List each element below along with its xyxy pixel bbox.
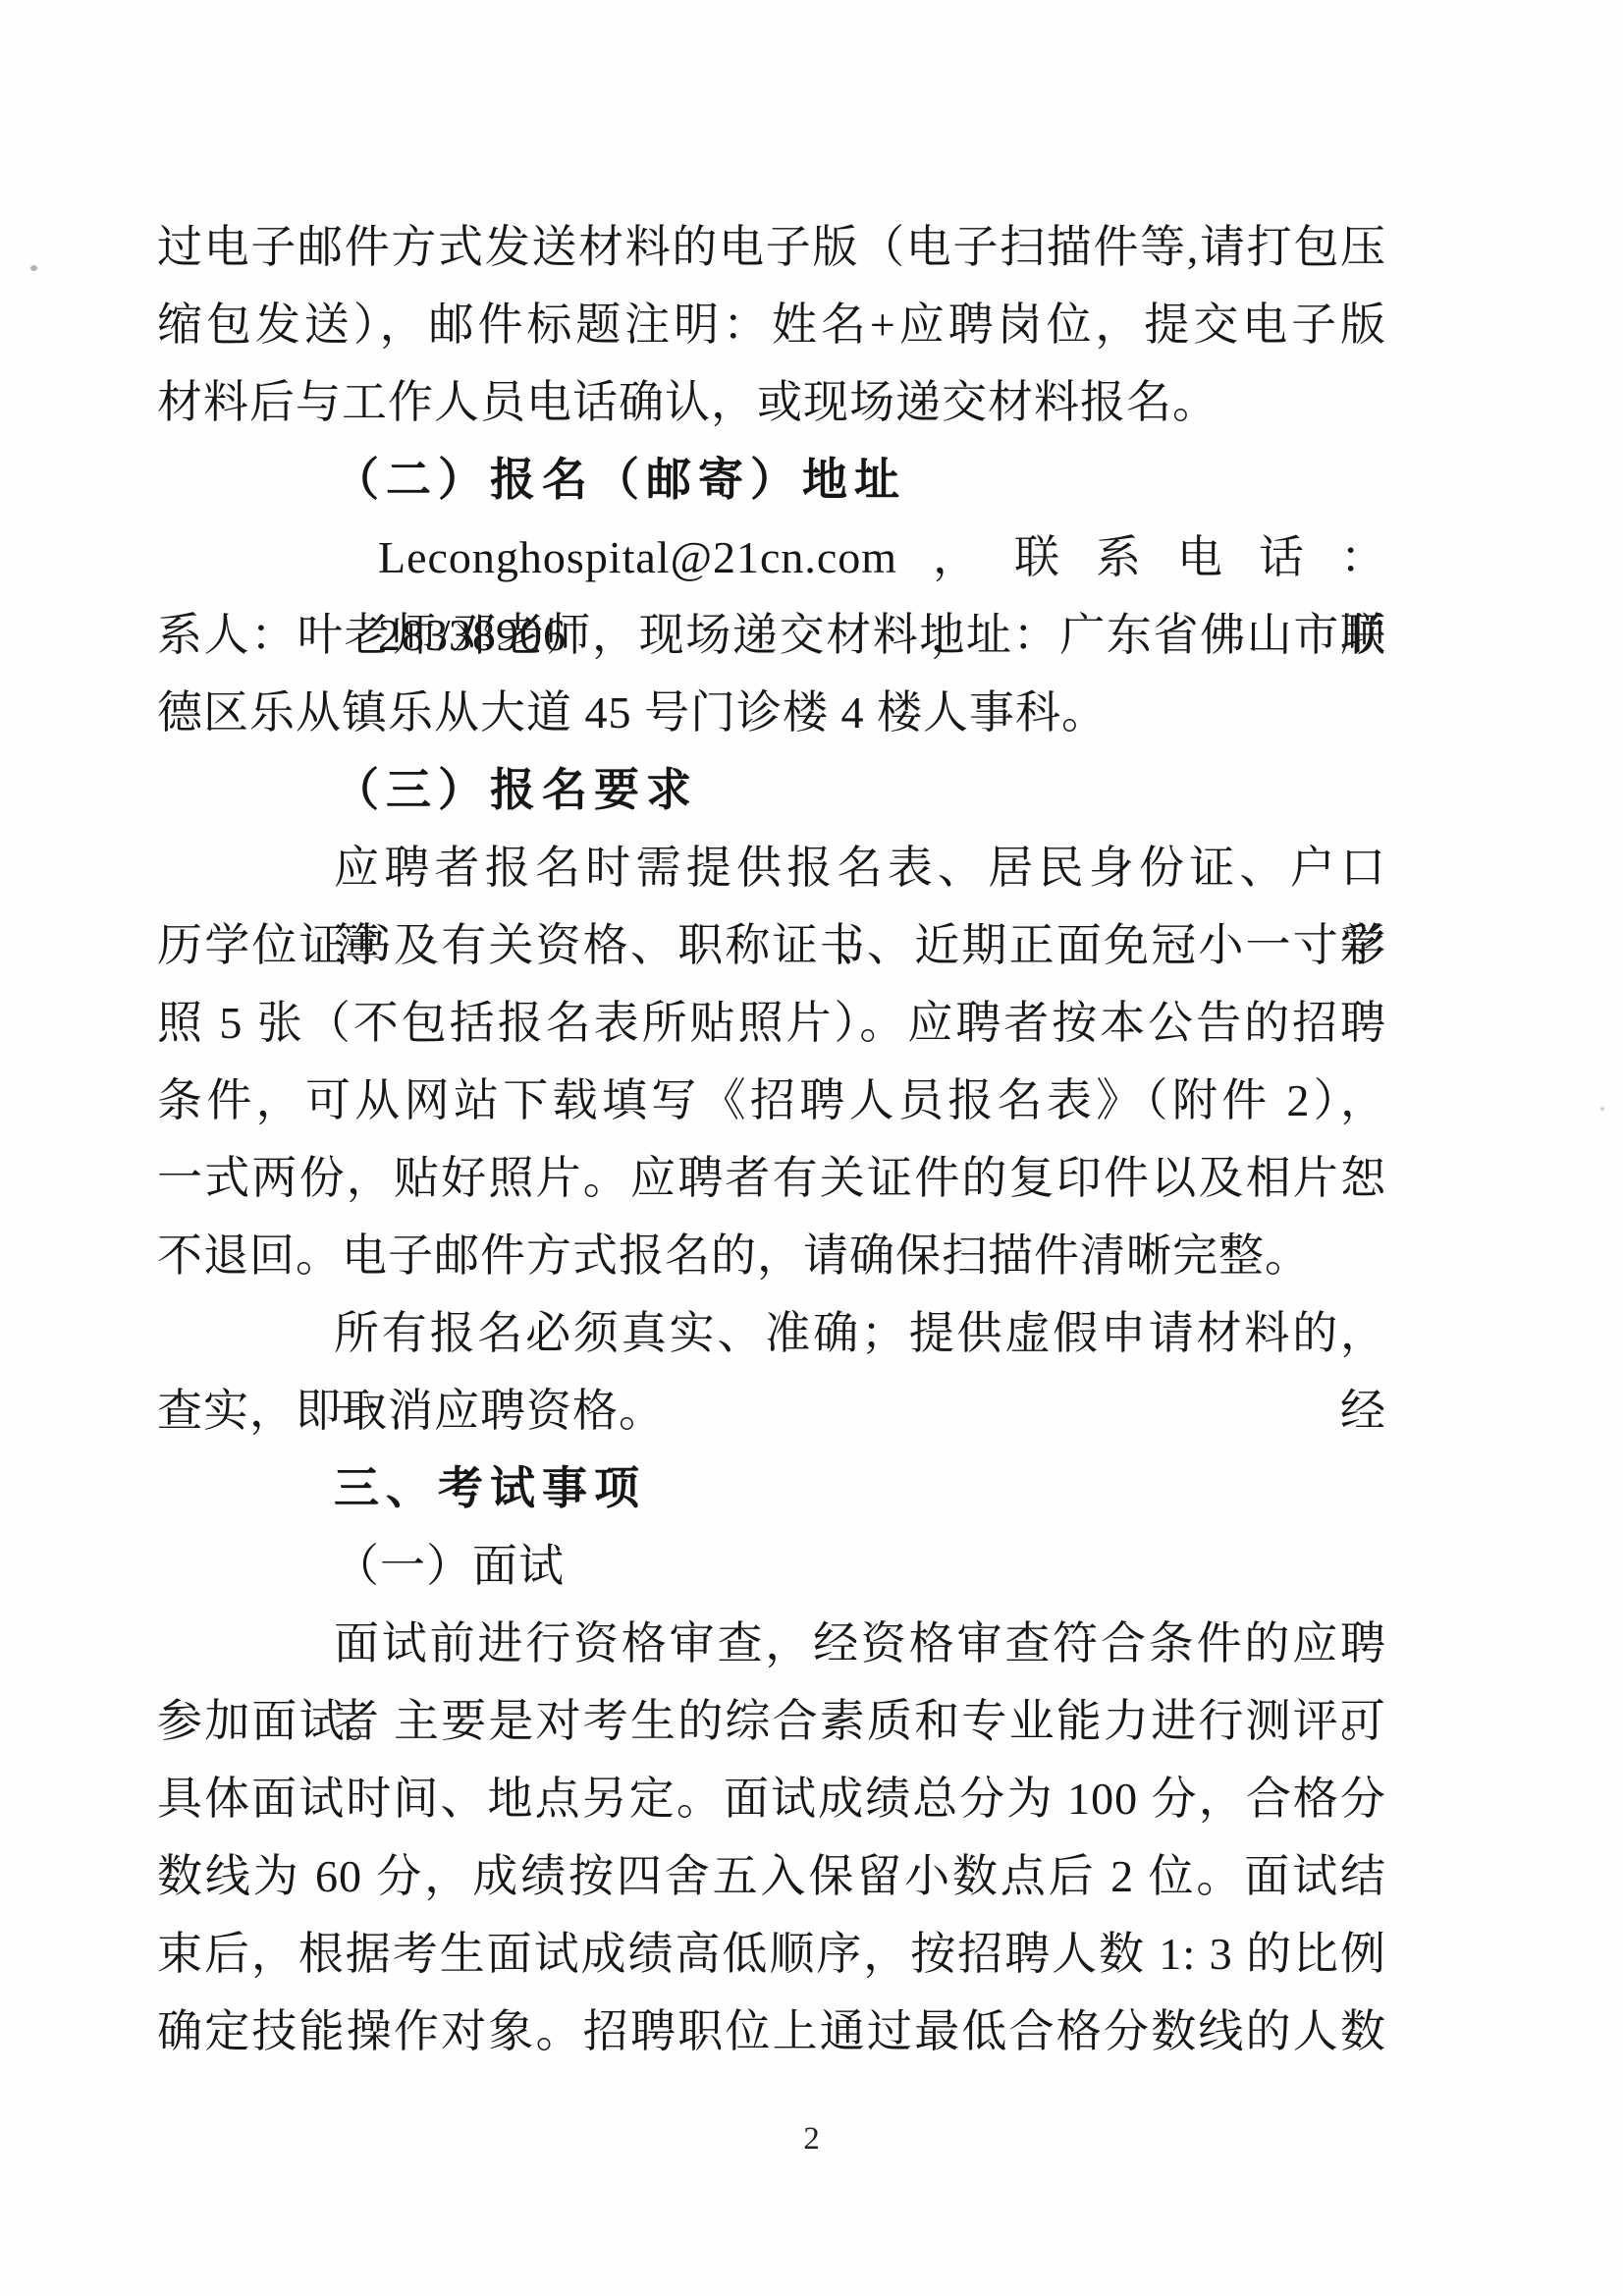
doc-line: 历学位证书及有关资格、职称证书、近期正面免冠小一寸彩 xyxy=(157,906,1386,984)
doc-line: 照 5 张（不包括报名表所贴照片）。应聘者按本公告的招聘 xyxy=(157,984,1386,1062)
doc-line: 过电子邮件方式发送材料的电子版（电子扫描件等,请打包压 xyxy=(157,208,1386,286)
doc-line: 参加面试。主要是对考生的综合素质和专业能力进行测评。 xyxy=(157,1682,1386,1760)
subsection-heading-interview: （一）面试 xyxy=(157,1527,1386,1605)
doc-line: 一式两份，贴好照片。应聘者有关证件的复印件以及相片恕 xyxy=(157,1139,1386,1217)
doc-line: 束后，根据考生面试成绩高低顺序，按招聘人数 1: 3 的比例 xyxy=(157,1915,1386,1993)
doc-line: 具体面试时间、地点另定。面试成绩总分为 100 分，合格分 xyxy=(157,1760,1386,1837)
doc-line: 所有报名必须真实、准确；提供虚假申请材料的，一经 xyxy=(157,1294,1386,1372)
doc-line: 不退回。电子邮件方式报名的，请确保扫描件清晰完整。 xyxy=(157,1217,1386,1294)
doc-line: 系人：叶老师/邓老师，现场递交材料地址：广东省佛山市顺 xyxy=(157,596,1386,674)
doc-line: 应聘者报名时需提供报名表、居民身份证、户口簿、学 xyxy=(157,829,1386,906)
doc-line: 条件，可从网站下载填写《招聘人员报名表》（附件 2）， xyxy=(157,1062,1386,1139)
document-body: 过电子邮件方式发送材料的电子版（电子扫描件等,请打包压 缩包发送），邮件标题注明… xyxy=(157,208,1386,2070)
doc-line: 德区乐从镇乐从大道 45 号门诊楼 4 楼人事科。 xyxy=(157,674,1386,751)
section-heading-mail-address: （二）报名（邮寄）地址 xyxy=(157,441,1386,519)
doc-line: 数线为 60 分，成绩按四舍五入保留小数点后 2 位。面试结 xyxy=(157,1837,1386,1915)
document-page: 过电子邮件方式发送材料的电子版（电子扫描件等,请打包压 缩包发送），邮件标题注明… xyxy=(0,0,1623,2296)
section-heading-exam: 三、考试事项 xyxy=(157,1449,1386,1527)
section-heading-requirements: （三）报名要求 xyxy=(157,751,1386,829)
scan-artifact xyxy=(30,265,37,271)
page-number: 2 xyxy=(0,2121,1623,2158)
doc-line: 材料后与工作人员电话确认，或现场递交材料报名。 xyxy=(157,363,1386,441)
doc-line: 确定技能操作对象。招聘职位上通过最低合格分数线的人数 xyxy=(157,1993,1386,2070)
scan-artifact xyxy=(1600,1107,1604,1111)
doc-line: 缩包发送），邮件标题注明：姓名+应聘岗位，提交电子版 xyxy=(157,286,1386,363)
doc-line: 面试前进行资格审查，经资格审查符合条件的应聘者可 xyxy=(157,1605,1386,1682)
doc-line-email: Leconghospital@21cn.com，联系电话：28338906，联 xyxy=(157,519,1386,596)
